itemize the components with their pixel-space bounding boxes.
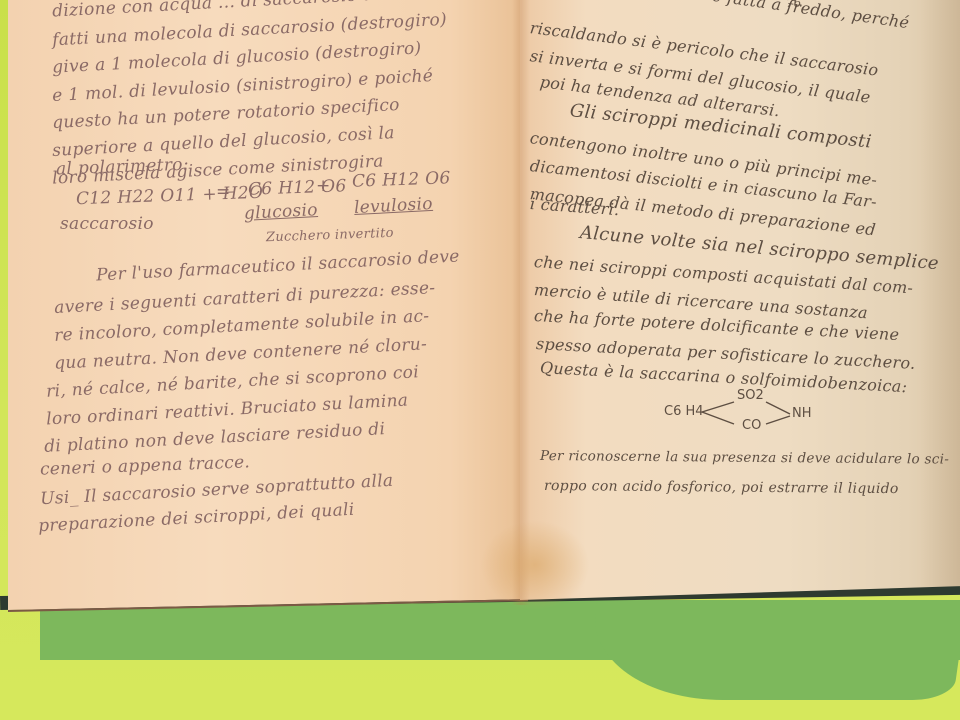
equation-plus: + [316,176,331,196]
equation-equals: = [216,182,231,202]
open-book: dizione con acqua ... di saccarosio da c… [0,0,960,610]
water-stain [480,520,590,610]
label-levulose: levulosio [354,194,434,218]
formula-bonds [700,396,800,432]
equation-product-levulose: C6 H12 O6 [352,168,451,191]
label-glucose: glucosio [244,200,319,224]
formula-left: C6 H4 [664,404,704,419]
book-gutter [512,0,530,605]
label-saccharose: saccarosio [60,214,154,234]
page-edge-shading [920,0,960,587]
equation-product-glucose: C6 H12 O6 [248,176,347,199]
handwritten-line: roppo con acido fosforico, poi estrarre … [544,478,899,497]
